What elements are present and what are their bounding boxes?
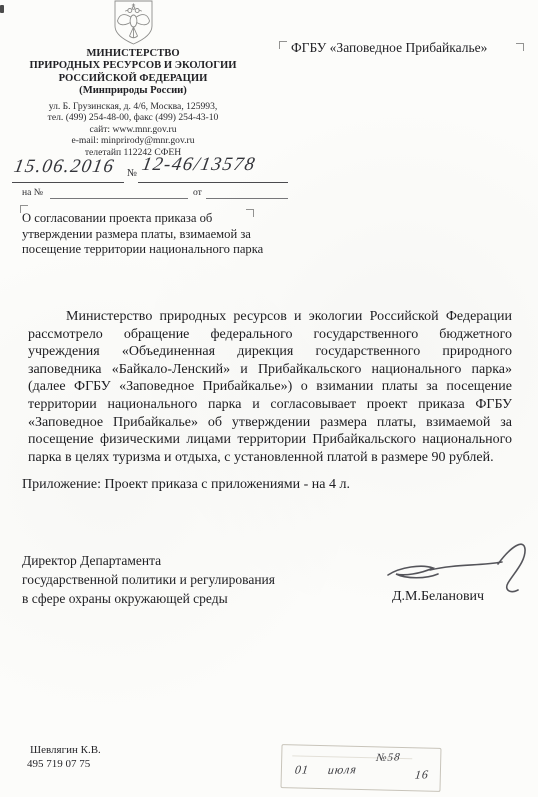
attachment-line: Приложение: Проект приказа с приложениям… — [22, 477, 502, 493]
corner-mark-icon — [279, 41, 287, 49]
address-line: ул. Б. Грузинская, д. 4/6, Москва, 12599… — [12, 101, 254, 112]
handwritten-date: 15.06.2016 — [12, 156, 116, 178]
address-line: сайт: www.mnr.gov.ru — [12, 124, 254, 135]
signatory-title-line: Директор Департамента — [22, 551, 332, 570]
address-line: e-mail: minprirody@mnr.gov.ru — [12, 135, 254, 146]
reference-ot-label: от — [193, 187, 202, 198]
stamp-year: 16 — [414, 767, 430, 782]
number-sign: № — [127, 168, 137, 179]
handwritten-outgoing-number: 12-46/13578 — [140, 154, 257, 176]
stamp-number: №58 — [376, 751, 402, 764]
address-line: тел. (499) 254-48-00, факс (499) 254-43-… — [12, 112, 254, 123]
ministry-line: ПРИРОДНЫХ РЕСУРСОВ И ЭКОЛОГИИ — [12, 60, 254, 72]
ministry-line: РОССИЙСКОЙ ФЕДЕРАЦИИ — [12, 73, 254, 85]
letter-subject: О согласовании проекта приказа об утверж… — [22, 211, 268, 258]
number-underline — [138, 182, 288, 183]
letter-page: МИНИСТЕРСТВО ПРИРОДНЫХ РЕСУРСОВ И ЭКОЛОГ… — [0, 0, 538, 797]
signatory-title-line: государственной политики и регулирования — [22, 570, 332, 589]
corner-mark-icon — [516, 43, 524, 51]
signatory-name: Д.М.Беланович — [392, 589, 484, 605]
ministry-line: (Минприроды России) — [12, 85, 254, 97]
executor-name: Шевлягин К.В. — [30, 744, 101, 756]
recipient-name: ФГБУ «Заповедное Прибайкалье» — [291, 40, 521, 56]
stamp-day: 01 — [294, 762, 310, 777]
signatory-title-block: Директор Департамента государственной по… — [22, 551, 332, 608]
scan-artifact-speck — [0, 5, 4, 13]
letter-body-paragraph: Министерство природных ресурсов и эколог… — [28, 308, 512, 466]
reference-ot-underline — [206, 198, 288, 199]
reference-na-label: на № — [22, 187, 43, 198]
received-stamp: 01 июля №58 16 — [280, 744, 441, 792]
date-underline — [12, 182, 124, 183]
reference-na-underline — [50, 198, 188, 199]
ministry-name-block: МИНИСТЕРСТВО ПРИРОДНЫХ РЕСУРСОВ И ЭКОЛОГ… — [12, 48, 254, 98]
signatory-title-line: в сфере охраны окружающей среды — [22, 589, 332, 608]
coat-of-arms-icon — [106, 0, 161, 46]
executor-phone: 495 719 07 75 — [27, 758, 90, 770]
ministry-address-block: ул. Б. Грузинская, д. 4/6, Москва, 12599… — [12, 101, 254, 158]
ministry-line: МИНИСТЕРСТВО — [12, 48, 254, 60]
stamp-month: июля — [327, 762, 358, 778]
